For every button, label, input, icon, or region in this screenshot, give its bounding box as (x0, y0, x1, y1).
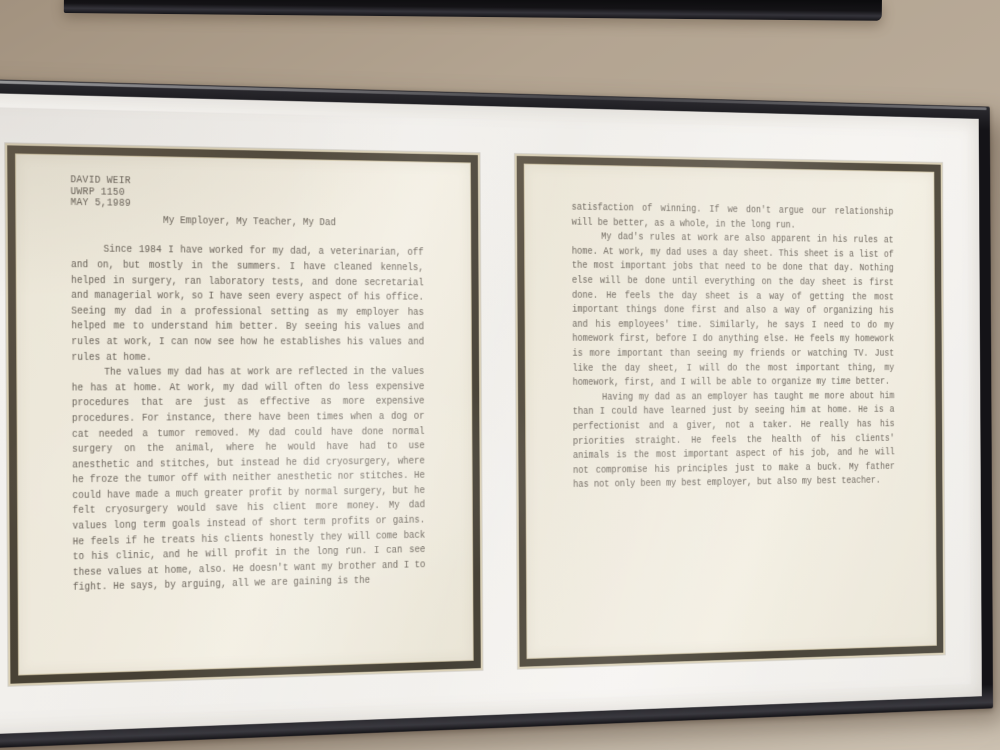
white-outer-mat: DAVID WEIR UWRP 1150 MAY 5,1989 My Emplo… (0, 92, 982, 735)
left-typewritten-page: DAVID WEIR UWRP 1150 MAY 5,1989 My Emplo… (16, 154, 472, 674)
adjacent-frame-bottom-edge (64, 0, 882, 21)
left-mat-window: DAVID WEIR UWRP 1150 MAY 5,1989 My Emplo… (7, 145, 480, 683)
wall-background: DAVID WEIR UWRP 1150 MAY 5,1989 My Emplo… (0, 0, 1000, 750)
essay-paragraph: Having my dad as an employer has taught … (573, 390, 895, 494)
right-mat-window: satisfaction of winning. If we don't arg… (516, 156, 943, 667)
picture-frame-molding: DAVID WEIR UWRP 1150 MAY 5,1989 My Emplo… (0, 78, 993, 750)
essay-paragraph: The values my dad has at work are reflec… (72, 365, 426, 596)
mat-windows: DAVID WEIR UWRP 1150 MAY 5,1989 My Emplo… (7, 145, 943, 683)
essay-paragraph-continuation: satisfaction of winning. If we don't arg… (572, 201, 894, 234)
framed-essay: DAVID WEIR UWRP 1150 MAY 5,1989 My Emplo… (0, 78, 993, 750)
essay-paragraph: Since 1984 I have worked for my dad, a v… (71, 243, 424, 366)
essay-title: My Employer, My Teacher, My Dad (71, 213, 424, 233)
essay-paragraph: My dad's rules at work are also apparent… (572, 230, 895, 391)
right-typewritten-page: satisfaction of winning. If we don't arg… (524, 165, 936, 659)
